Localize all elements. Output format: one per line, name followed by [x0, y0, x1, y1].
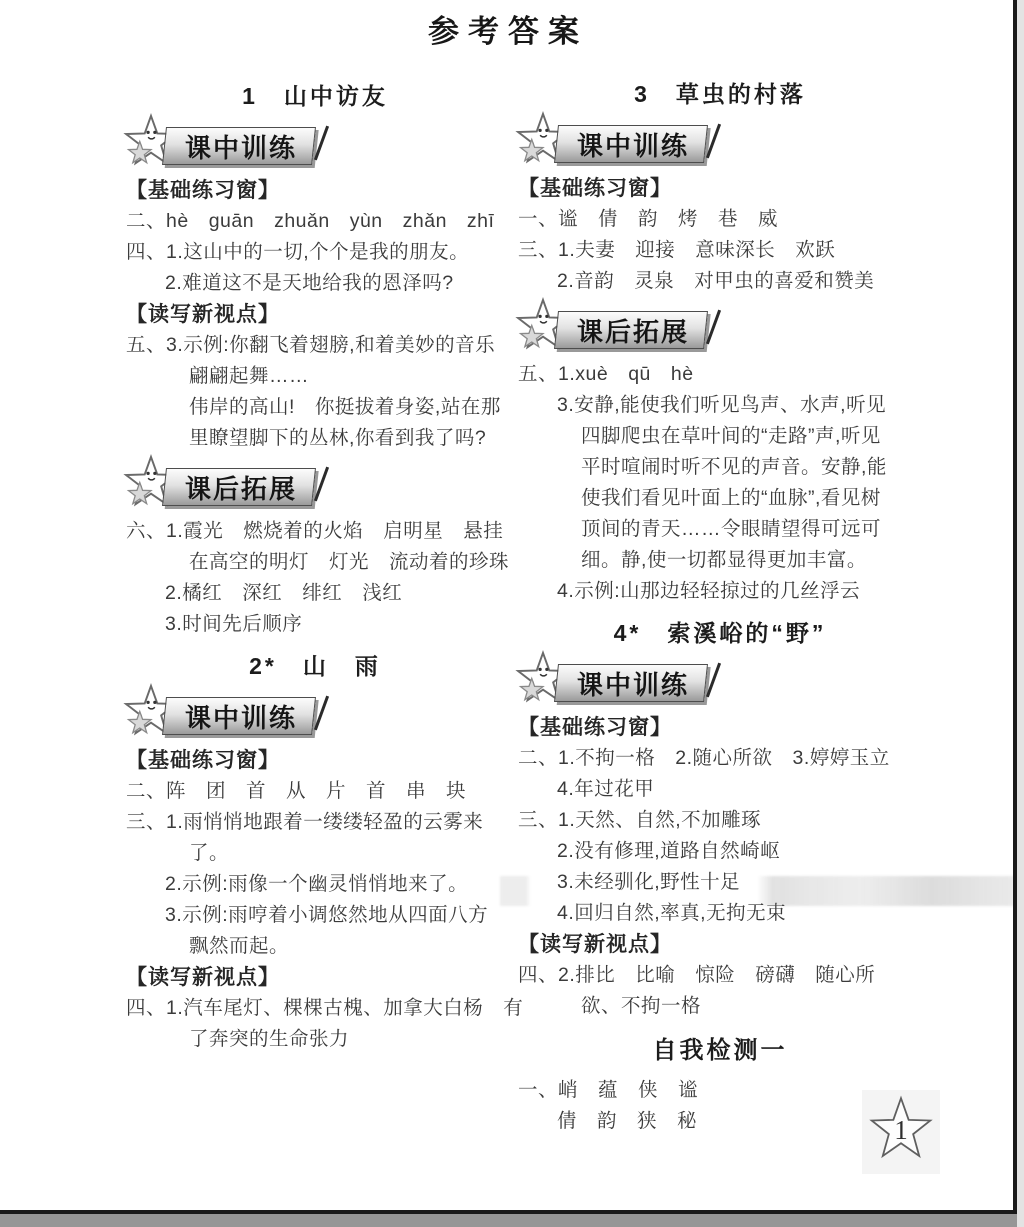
banner-plate: 课中训练: [162, 697, 316, 735]
banner-label: 课后拓展: [185, 469, 297, 506]
answer-line: 三、1.天然、自然,不加雕琢: [518, 805, 922, 836]
basic-window-subhead: 【基础练习窗】: [518, 712, 922, 743]
answer-line: 伟岸的高山! 你挺拔着身姿,站在那: [126, 392, 504, 423]
banner-label: 课中训练: [577, 665, 689, 702]
answer-line: 三、1.雨悄悄地跟着一缕缕轻盈的云雾来: [126, 807, 504, 838]
basic-window-subhead: 【基础练习窗】: [126, 175, 504, 206]
answer-line: 2.橘红 深红 绯红 浅红: [126, 578, 504, 609]
answer-line: 使我们看见叶面上的“血脉”,看见树: [518, 483, 922, 514]
banner-slash-decoration: [706, 663, 721, 698]
in-class-training-banner: 课中训练: [122, 689, 504, 741]
answer-line: 飘然而起。: [126, 931, 504, 962]
banner-plate: 课后拓展: [162, 468, 316, 506]
banner-slash-decoration: [706, 124, 721, 159]
scanner-background-right: [1017, 0, 1024, 1227]
answer-line: 翩翩起舞……: [126, 361, 504, 392]
answer-line: 2.没有修理,道路自然崎岖: [518, 836, 922, 867]
scanned-answer-page: 参考答案 1 山中访友 课中训练 【基础练习窗】 二、hè guān zhuǎn…: [0, 0, 1024, 1227]
banner-label: 课中训练: [185, 698, 297, 735]
basic-window-subhead: 【基础练习窗】: [126, 745, 504, 776]
answer-line: 4.年过花甲: [518, 774, 922, 805]
lesson-1-heading: 1 山中访友: [126, 80, 504, 113]
answer-line: 三、1.夫妻 迎接 意味深长 欢跃: [518, 235, 922, 266]
banner-plate: 课中训练: [554, 125, 708, 163]
right-column: 3 草虫的村落 课中训练 【基础练习窗】 一、谧 倩 韵 烤 巷 威 三、1.夫…: [518, 78, 922, 1137]
in-class-training-banner: 课中训练: [514, 117, 922, 169]
in-class-training-banner: 课中训练: [514, 656, 922, 708]
answer-line: 二、阵 团 首 从 片 首 串 块: [126, 776, 504, 807]
answer-line: 2.难道这不是天地给我的恩泽吗?: [126, 268, 504, 299]
banner-label: 课中训练: [577, 126, 689, 163]
reading-viewpoint-subhead: 【读写新视点】: [518, 929, 922, 960]
answer-line: 2.示例:雨像一个幽灵悄悄地来了。: [126, 869, 504, 900]
reading-viewpoint-subhead: 【读写新视点】: [126, 299, 504, 330]
answer-line: 欲、不拘一格: [518, 991, 922, 1022]
scanner-background-bottom: [0, 1214, 1017, 1227]
banner-slash-decoration: [314, 467, 329, 502]
page-number: 1: [894, 1115, 908, 1145]
lesson-2-heading: 2* 山 雨: [126, 650, 504, 683]
answer-line: 四脚爬虫在草叶间的“走路”声,听见: [518, 421, 922, 452]
answer-line: 3.安静,能使我们听见鸟声、水声,听见: [518, 390, 922, 421]
after-class-extension-banner: 课后拓展: [514, 303, 922, 355]
answer-line: 在高空的明灯 灯光 流动着的珍珠: [126, 547, 504, 578]
answer-line: 六、1.霞光 燃烧着的火焰 启明星 悬挂: [126, 516, 504, 547]
answer-line: 二、1.不拘一格 2.随心所欲 3.婷婷玉立: [518, 743, 922, 774]
answer-line: 五、3.示例:你翻飞着翅膀,和着美妙的音乐: [126, 330, 504, 361]
after-class-extension-banner: 课后拓展: [122, 460, 504, 512]
page-title: 参考答案: [0, 6, 1016, 51]
answer-line: 里瞭望脚下的丛林,你看到我了吗?: [126, 423, 504, 454]
answer-line: 2.音韵 灵泉 对甲虫的喜爱和赞美: [518, 266, 922, 297]
self-test-1-heading: 自我检测一: [518, 1034, 922, 1067]
banner-plate: 课后拓展: [554, 311, 708, 349]
answer-line: 五、1.xuè qū hè: [518, 359, 922, 390]
banner-plate: 课中训练: [554, 664, 708, 702]
answer-line: 了。: [126, 838, 504, 869]
basic-window-subhead: 【基础练习窗】: [518, 173, 922, 204]
lesson-4-heading: 4* 索溪峪的“野”: [518, 617, 922, 650]
left-column: 1 山中访友 课中训练 【基础练习窗】 二、hè guān zhuǎn yùn …: [126, 80, 504, 1055]
answer-line: 3.时间先后顺序: [126, 609, 504, 640]
banner-slash-decoration: [314, 696, 329, 731]
answer-line: 3.示例:雨哼着小调悠然地从四面八方: [126, 900, 504, 931]
banner-label: 课后拓展: [577, 312, 689, 349]
banner-slash-decoration: [314, 126, 329, 161]
answer-line: 平时喧闹时听不见的声音。安静,能: [518, 452, 922, 483]
banner-slash-decoration: [706, 310, 721, 345]
answer-line: 4.示例:山那边轻轻掠过的几丝浮云: [518, 576, 922, 607]
answer-line: 四、2.排比 比喻 惊险 磅礴 随心所: [518, 960, 922, 991]
answer-line: 四、1.汽车尾灯、棵棵古槐、加拿大白杨 有: [126, 993, 504, 1024]
answer-line: 一、谧 倩 韵 烤 巷 威: [518, 204, 922, 235]
in-class-training-banner: 课中训练: [122, 119, 504, 171]
reading-viewpoint-subhead: 【读写新视点】: [126, 962, 504, 993]
answer-line: 了奔突的生命张力: [126, 1024, 504, 1055]
banner-label: 课中训练: [185, 128, 297, 165]
answer-line: 顶间的青天……令眼睛望得可远可: [518, 514, 922, 545]
scan-artifact-band: [500, 876, 1014, 906]
answer-line: 细。静,使一切都显得更加丰富。: [518, 545, 922, 576]
answer-line: 四、1.这山中的一切,个个是我的朋友。: [126, 237, 504, 268]
banner-plate: 课中训练: [162, 127, 316, 165]
answer-line: 二、hè guān zhuǎn yùn zhǎn zhī: [126, 206, 504, 237]
lesson-3-heading: 3 草虫的村落: [518, 78, 922, 111]
page-number-badge: 1: [862, 1090, 940, 1174]
